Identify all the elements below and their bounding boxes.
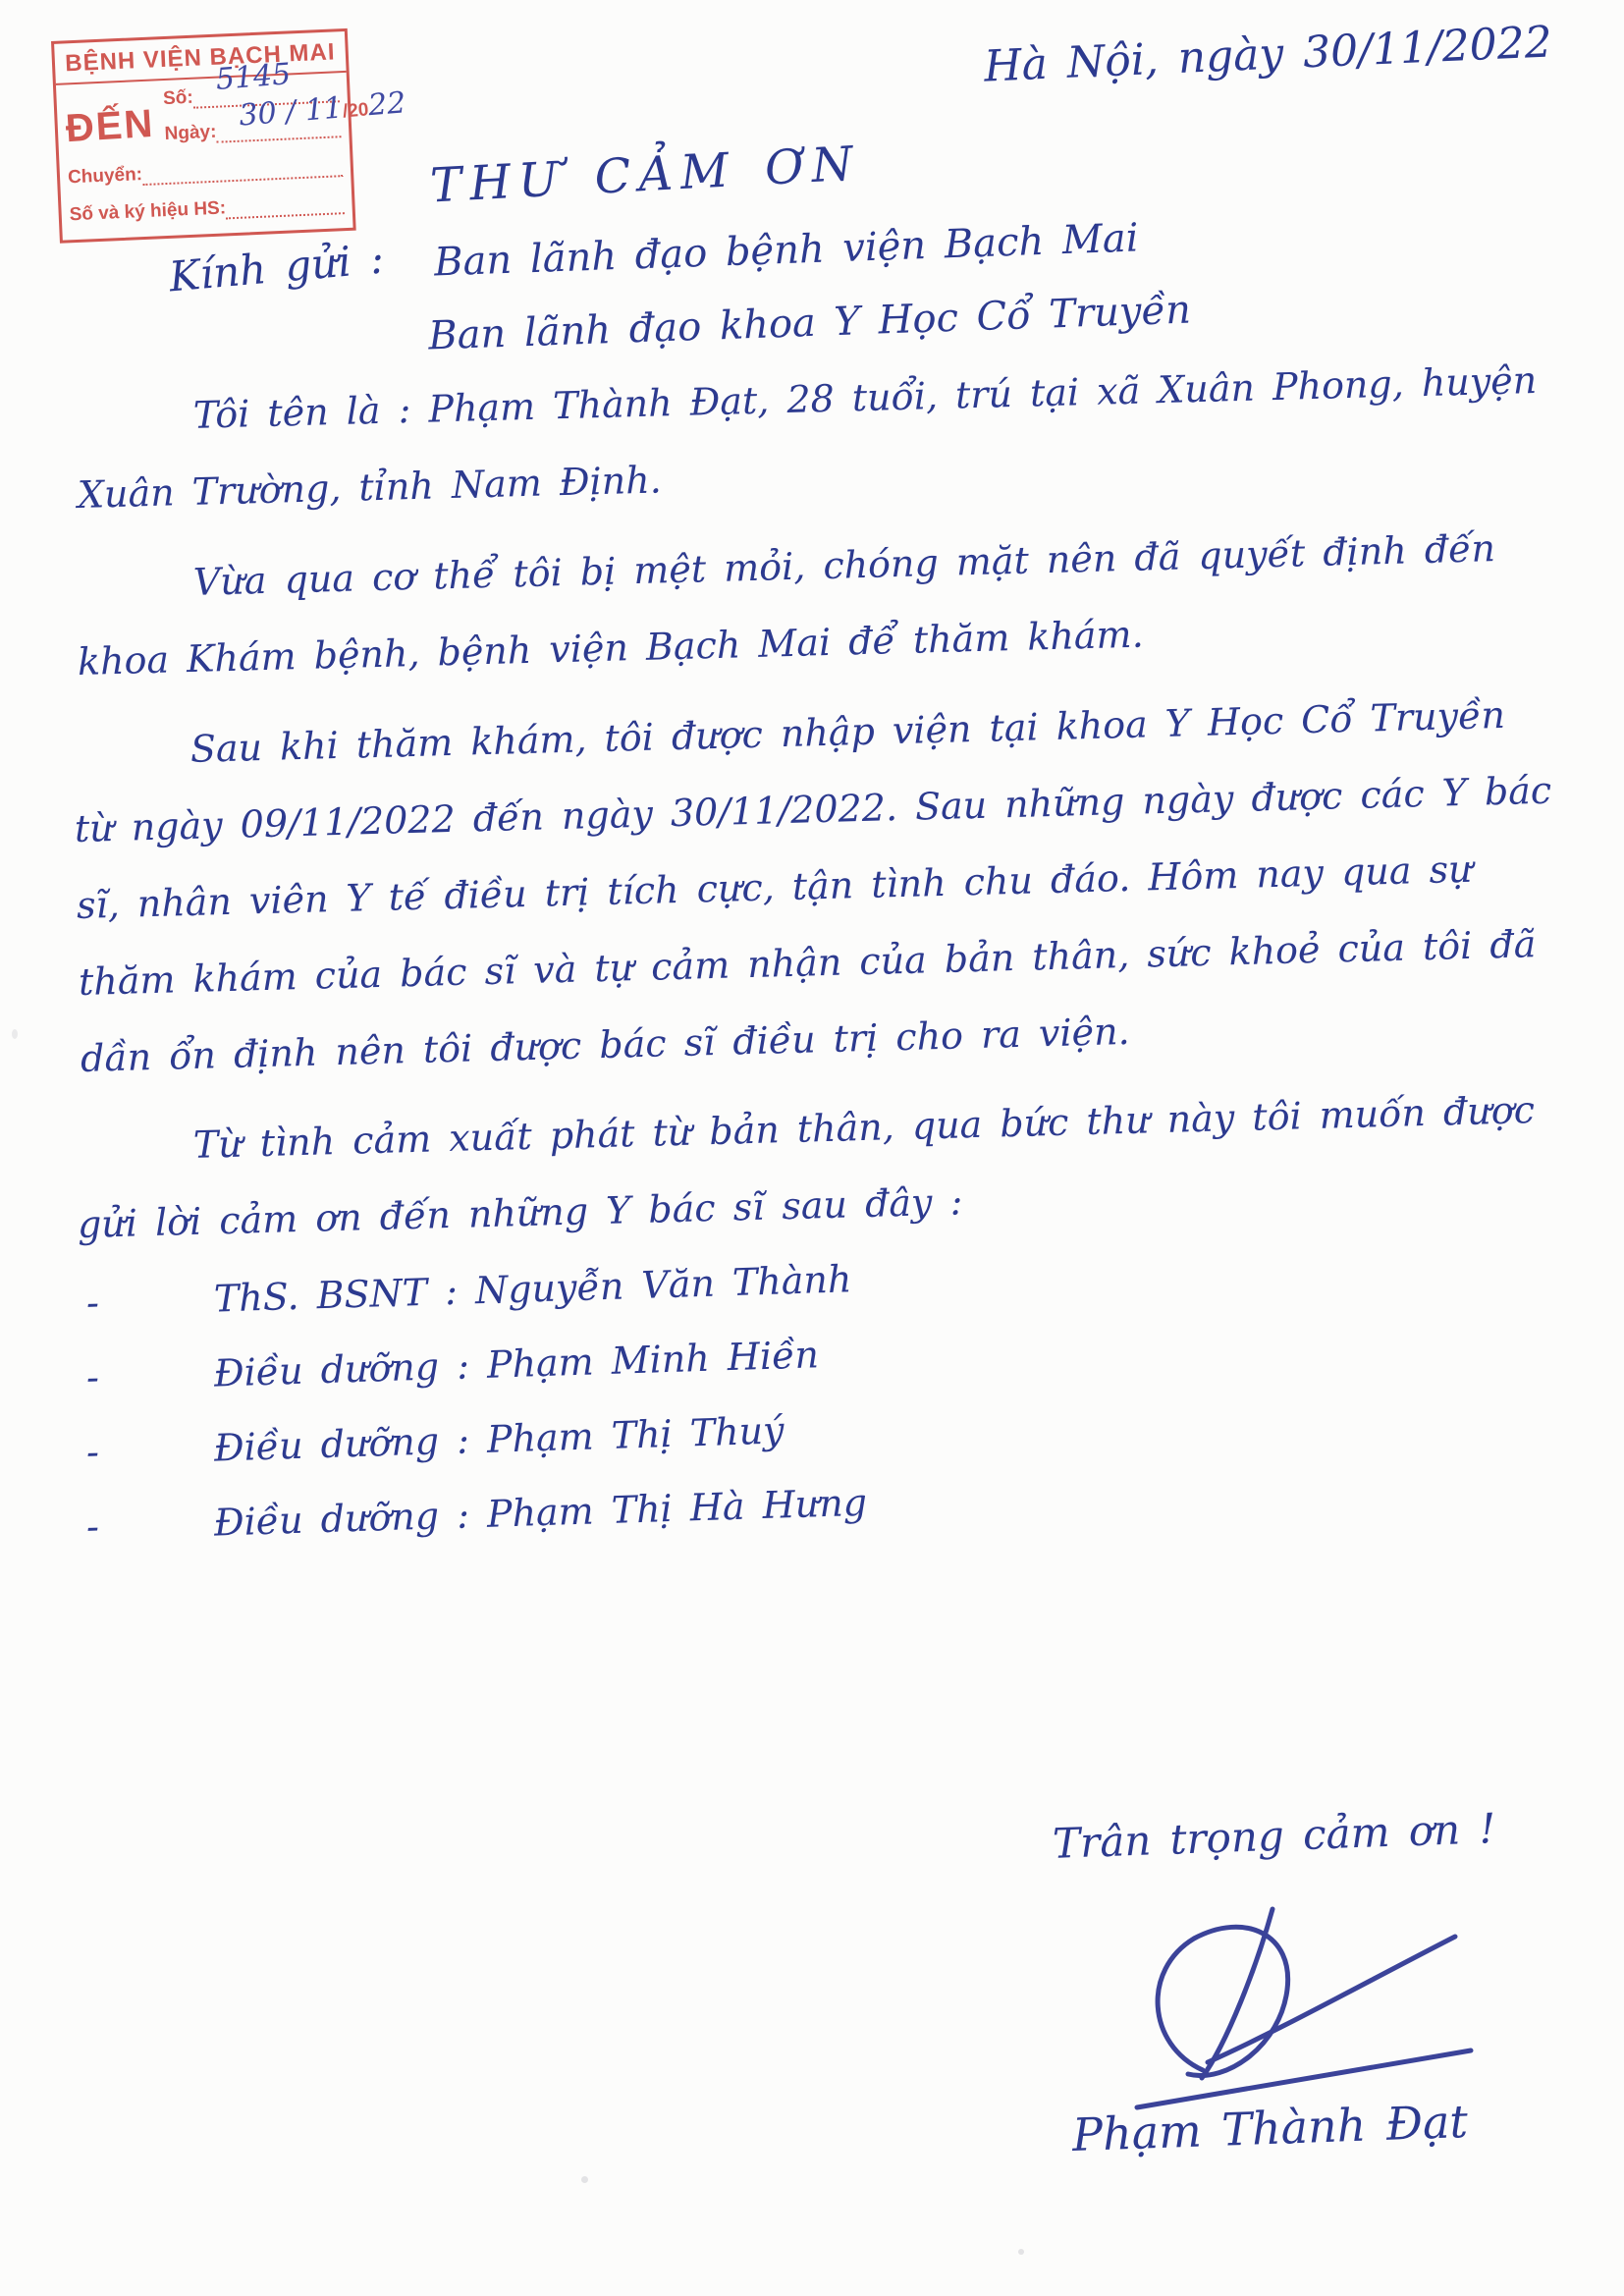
staff-name: Điều dưỡng : Phạm Thị Thuý [154, 1408, 785, 1471]
paragraph-gratitude: Từ tình cảm xuất phát từ bản thân, qua b… [75, 1072, 1556, 1264]
staff-name: Điều dưỡng : Phạm Minh Hiền [154, 1333, 819, 1396]
paragraph-introduction: Tôi tên là : Phạm Thành Đạt, 28 tuổi, tr… [75, 343, 1556, 534]
salutation-label: Kính gửi : [167, 235, 386, 301]
stamp-transfer-line [142, 156, 344, 186]
signature-flourish [1110, 1895, 1502, 2121]
stamp-date-label: Ngày: [164, 122, 217, 145]
list-dash: - [76, 1428, 155, 1473]
paragraph-treatment: Sau khi thăm khám, tôi được nhập viện tạ… [72, 676, 1559, 1097]
list-dash: - [76, 1503, 155, 1548]
recipient-line: Ban lãnh đạo khoa Y Học Cổ Truyền [427, 287, 1191, 358]
list-item: - Điều dưỡng : Phạm Thị Thuý [76, 1385, 1554, 1474]
stamp-arrival-label: ĐẾN [65, 101, 156, 150]
list-dash: - [76, 1279, 155, 1324]
scan-noise-dot [12, 1029, 18, 1039]
paragraph-reason: Vừa qua cơ thể tôi bị mệt mỏi, chóng mặt… [75, 509, 1556, 700]
stamp-date-line: 30 / 11/2022 [216, 117, 342, 143]
stamp-file-ref-line [226, 193, 345, 219]
letter-place-date: Hà Nội, ngày 30/11/2022 [983, 17, 1552, 91]
thanked-staff-list: - ThS. BSNT : Nguyễn Văn Thành - Điều dư… [77, 1282, 1554, 1549]
letter-title: THƯ CẢM ƠN [429, 137, 862, 214]
scan-noise-dot [581, 2176, 588, 2183]
hospital-arrival-stamp: BỆNH VIỆN BẠCH MAI ĐẾN Số: 5145 Ngày: 30… [51, 28, 356, 244]
list-dash: - [76, 1353, 155, 1398]
letter-body: Tôi tên là : Phạm Thành Đạt, 28 tuổi, tr… [77, 381, 1554, 1580]
staff-name: Điều dưỡng : Phạm Thị Hà Hưng [154, 1481, 867, 1547]
stamp-number-label: Số: [163, 87, 194, 110]
closing-phrase: Trân trọng cảm ơn ! [1052, 1804, 1496, 1868]
list-item: - Điều dưỡng : Phạm Minh Hiền [76, 1310, 1554, 1399]
scan-noise-dot [1018, 2249, 1024, 2255]
scanned-letter-page: BỆNH VIỆN BẠCH MAI ĐẾN Số: 5145 Ngày: 30… [0, 0, 1624, 2296]
staff-name: ThS. BSNT : Nguyễn Văn Thành [154, 1257, 852, 1322]
recipient-line: Ban lãnh đạo bệnh viện Bạch Mai [433, 215, 1139, 285]
stamp-number-value: 5145 [215, 57, 293, 97]
stamp-transfer-label: Chuyển: [68, 164, 143, 189]
list-item: - Điều dưỡng : Phạm Thị Hà Hưng [76, 1459, 1554, 1549]
stamp-file-ref-label: Số và ký hiệu HS: [69, 197, 226, 226]
